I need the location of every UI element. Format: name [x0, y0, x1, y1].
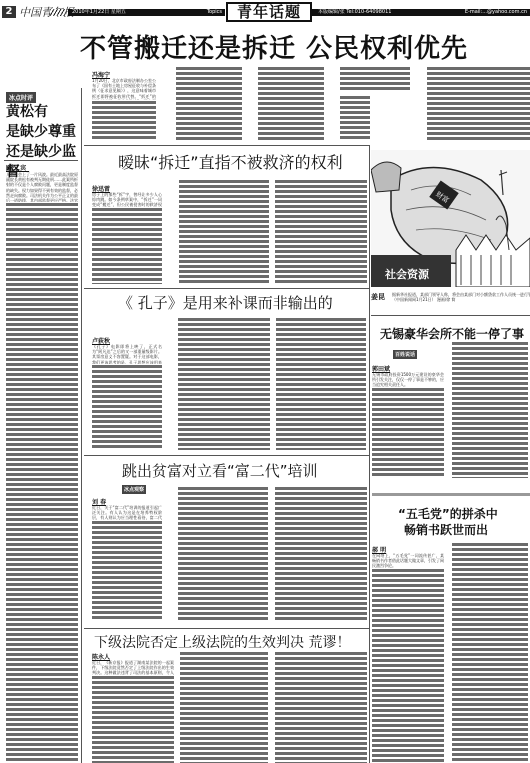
article-title: “五毛党”的拼杀中 [398, 505, 498, 522]
article-tag: 百姓说话 [393, 350, 417, 359]
article-title: 暧昧“拆迁”直指不被救济的权利 [118, 150, 343, 173]
article-body: 近日，《新京报》报道了湖南某法院的一起案件，下级法院竟然否定了上级法院作出的生效… [92, 660, 174, 675]
article-body-lines [180, 652, 268, 763]
article-body: 无锡市政府投资1500万元建设的豪华会所引发关注，仅仅一停了事是不够的，应当追究… [372, 372, 444, 387]
cartoon-caption: 据新华社报道，某部门领导人称，将会由某部门对小额贷款工作人员统一进行管理。（中国… [392, 292, 530, 302]
article-title: 下级法院否定上级法院的生效判决 荒谬！ [94, 632, 350, 652]
article-body-lines [178, 318, 270, 450]
divider [4, 160, 78, 161]
lead-body-lines [340, 67, 410, 91]
article-body: 近日，关于“富二代”培训的报道引起广泛关注。有人认为这是在培养特权阶层，有人则认… [92, 505, 162, 520]
lead-body: 1月20日，北京市政府法制办公室公布了《国有土地上房屋征收与补偿条例（征求意见稿… [92, 78, 156, 100]
section-title: 青年话题 [226, 2, 312, 22]
lead-body-lines [258, 67, 324, 141]
divider [84, 455, 369, 456]
article-body-lines [372, 388, 444, 478]
article-body-lines [275, 487, 367, 621]
article-body: 房子上的那些“拆”字，曾经让多少人心惊肉跳。如今条例草案中，“拆迁”一词变成“搬… [92, 192, 162, 207]
masthead: 2 中国青年报 2010年1月22日 星期五 Topics 青年话题 本版编辑/… [0, 0, 530, 22]
divider [372, 493, 530, 496]
sidebar-title-line: 是缺少尊重 [6, 122, 80, 142]
article-body-lines [275, 652, 367, 763]
sidebar-title-line: 黄松有 [6, 102, 80, 122]
sidebar-body: 人类社会上了一片风波。最近最高法院原副院长黄松有被判无期徒刑……此案所折射的不仅… [6, 172, 78, 202]
divider [371, 315, 530, 316]
page-number: 2 [2, 6, 16, 18]
cartoon-signature: 姜昆 [371, 292, 385, 302]
column-divider [369, 145, 370, 763]
sidebar-body-lines [6, 203, 78, 763]
article-body-lines [92, 365, 162, 450]
article-body-lines [372, 569, 444, 763]
article-title: 《 孔子》是用来补课而非输出的 [118, 292, 333, 313]
date-bar: 2010年1月22日 星期五 Topics [68, 9, 225, 16]
article-body-lines [178, 487, 268, 621]
article-body-lines [452, 543, 528, 763]
article-body-lines [92, 521, 162, 621]
topics-label: Topics [207, 9, 222, 16]
divider [84, 145, 370, 146]
main-headline: 不管搬迁还是拆迁 公民权利优先 [80, 28, 530, 65]
article-title: 跳出贫富对立看“富二代”培训 [122, 460, 318, 481]
article-body-lines [179, 180, 269, 284]
sidebar-author: 欧 宾 [6, 163, 29, 172]
cartoon-label-resources: 社会资源 [385, 266, 429, 282]
article-title: 畅销书跃世而出 [404, 521, 488, 538]
article-body-lines [276, 318, 366, 450]
divider [84, 288, 369, 289]
editor-contact: 本版编辑/张 Tel:010-64098011 [318, 9, 391, 15]
contact-bar: 本版编辑/张 Tel:010-64098011 E-mail:...@yahoo… [312, 9, 530, 16]
email-link[interactable]: E-mail:...@yahoo.com.cn [465, 9, 527, 16]
article-body: 《孔子》电影即将上映了，正式名为“阿凡达”之后的又一部重量级影片。其票房意义不容… [92, 344, 162, 364]
article-body: 在网络上，“五毛党”一词流传甚广，某畅销书作者借此话题大做文章，引发了网民激烈争… [372, 553, 444, 568]
date-editor: 2010年1月22日 星期五 [72, 9, 126, 15]
article-tag: 冰点观察 [122, 485, 146, 494]
lead-body-lines [427, 67, 530, 142]
article-body-lines [92, 208, 162, 284]
article-title: 无锡豪华会所不能一停了事 [380, 325, 524, 342]
article-body-lines [452, 342, 528, 478]
hatch-decoration [50, 9, 66, 16]
article-body-lines [275, 180, 367, 284]
lead-body-lines [340, 96, 370, 141]
column-divider [81, 88, 82, 763]
article-body-lines [92, 676, 174, 763]
lead-body-lines [176, 67, 242, 141]
editorial-cartoon: 财富 社会资源 [371, 150, 530, 287]
divider [84, 628, 369, 629]
lead-body-lines [92, 101, 156, 141]
